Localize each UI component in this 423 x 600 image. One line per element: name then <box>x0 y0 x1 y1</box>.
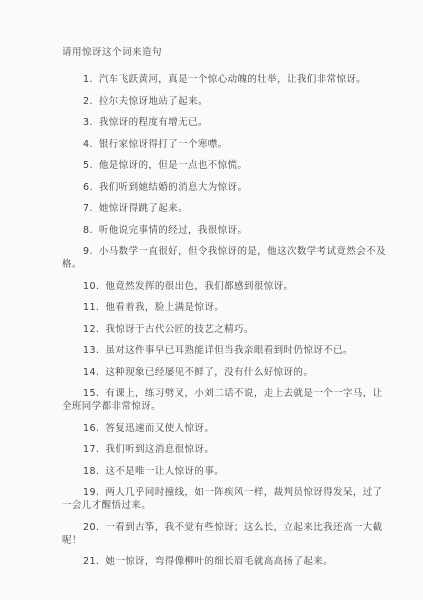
item-number: 11. <box>83 302 99 313</box>
sentence-item: 5.他是惊讶的，但是一点也不惊慌。 <box>62 159 390 172</box>
item-text: 拉尔夫惊讶地站了起来。 <box>99 96 208 107</box>
sentence-item: 20.一看到古筝，我不觉有些惊讶；这么长，立起来比我还高一大截呢！ <box>62 521 390 547</box>
item-number: 19. <box>83 487 99 498</box>
item-number: 3. <box>83 117 93 128</box>
item-text: 两人几乎同时撞线，如一阵疾风一样，裁判员惊讶得发呆，过了一会儿才醒悟过来。 <box>62 487 383 511</box>
sentence-item: 19.两人几乎同时撞线，如一阵疾风一样，裁判员惊讶得发呆，过了一会儿才醒悟过来。 <box>62 486 390 512</box>
item-text: 他竟然发挥的很出色，我们都感到很惊讶。 <box>105 281 293 292</box>
sentence-item: 15.有课上，练习劈叉，小刘二话不说，走上去就是一个一字马，让全班同学都非常惊讶… <box>62 387 390 413</box>
sentence-item: 11.他看着我，脸上满是惊讶。 <box>62 301 390 314</box>
document-page: 请用惊讶这个词来造句 1.汽车飞跃黄河，真是一个惊心动魄的壮举，让我们非常惊讶。… <box>0 0 423 600</box>
sentence-item: 1.汽车飞跃黄河，真是一个惊心动魄的壮举，让我们非常惊讶。 <box>62 73 390 86</box>
item-number: 21. <box>83 556 99 567</box>
item-number: 8. <box>83 225 93 236</box>
item-number: 16. <box>83 423 99 434</box>
item-number: 20. <box>83 522 99 533</box>
sentence-item: 4.银行家惊讶得打了一个寒噤。 <box>62 138 390 151</box>
item-text: 他是惊讶的，但是一点也不惊慌。 <box>99 160 248 171</box>
sentence-item: 2.拉尔夫惊讶地站了起来。 <box>62 95 390 108</box>
item-text: 我惊讶于古代公匠的技艺之精巧。 <box>105 324 254 335</box>
page-title: 请用惊讶这个词来造句 <box>62 46 390 59</box>
item-number: 13. <box>83 345 99 356</box>
sentence-item: 21.她一惊讶，弯得像柳叶的细长眉毛就高高扬了起来。 <box>62 555 390 568</box>
item-text: 我们听到这消息很惊讶。 <box>105 444 214 455</box>
item-text: 汽车飞跃黄河，真是一个惊心动魄的壮举，让我们非常惊讶。 <box>99 74 366 85</box>
item-text: 这不是唯一让人惊讶的事。 <box>105 466 224 477</box>
sentence-item: 6.我们听到她结婚的消息大为惊讶。 <box>62 181 390 194</box>
sentence-item: 7.她惊讶得跳了起来。 <box>62 202 390 215</box>
sentence-item: 16.答复迅速而又使人惊讶。 <box>62 422 390 435</box>
item-number: 5. <box>83 160 93 171</box>
sentence-item: 8.听他说完事情的经过，我很惊讶。 <box>62 224 390 237</box>
item-text: 答复迅速而又使人惊讶。 <box>105 423 214 434</box>
sentence-list: 1.汽车飞跃黄河，真是一个惊心动魄的壮举，让我们非常惊讶。2.拉尔夫惊讶地站了起… <box>62 73 390 568</box>
sentence-item: 9.小马数学一直很好，但令我惊讶的是，他这次数学考试竟然会不及格。 <box>62 245 390 271</box>
item-number: 2. <box>83 96 93 107</box>
item-text: 他看着我，脸上满是惊讶。 <box>105 302 224 313</box>
item-number: 4. <box>83 139 93 150</box>
item-number: 10. <box>83 281 99 292</box>
item-text: 我惊讶的程度有增无已。 <box>99 117 208 128</box>
item-text: 这种现象已经屡见不鲜了，没有什么好惊讶的。 <box>105 367 313 378</box>
sentence-item: 14.这种现象已经屡见不鲜了，没有什么好惊讶的。 <box>62 366 390 379</box>
sentence-item: 17.我们听到这消息很惊讶。 <box>62 443 390 456</box>
item-number: 18. <box>83 466 99 477</box>
item-number: 12. <box>83 324 99 335</box>
item-number: 1. <box>83 74 93 85</box>
item-text: 她一惊讶，弯得像柳叶的细长眉毛就高高扬了起来。 <box>105 556 333 567</box>
item-text: 银行家惊讶得打了一个寒噤。 <box>99 139 228 150</box>
item-number: 9. <box>83 246 93 257</box>
item-text: 有课上，练习劈叉，小刘二话不说，走上去就是一个一字马，让全班同学都非常惊讶。 <box>62 388 383 412</box>
item-text: 听他说完事情的经过，我很惊讶。 <box>99 225 248 236</box>
sentence-item: 10.他竟然发挥的很出色，我们都感到很惊讶。 <box>62 280 390 293</box>
item-number: 15. <box>83 388 99 399</box>
item-text: 小马数学一直很好，但令我惊讶的是，他这次数学考试竟然会不及格。 <box>62 246 386 270</box>
sentence-item: 13.虽对这件事早已耳熟能详但当我亲眼看到时仍惊讶不已。 <box>62 344 390 357</box>
item-number: 7. <box>83 203 93 214</box>
sentence-item: 3.我惊讶的程度有增无已。 <box>62 116 390 129</box>
sentence-item: 12.我惊讶于古代公匠的技艺之精巧。 <box>62 323 390 336</box>
item-text: 她惊讶得跳了起来。 <box>99 203 188 214</box>
item-number: 6. <box>83 182 93 193</box>
item-number: 17. <box>83 444 99 455</box>
sentence-item: 18.这不是唯一让人惊讶的事。 <box>62 465 390 478</box>
item-number: 14. <box>83 367 99 378</box>
item-text: 虽对这件事早已耳熟能详但当我亲眼看到时仍惊讶不已。 <box>105 345 353 356</box>
item-text: 一看到古筝，我不觉有些惊讶；这么长，立起来比我还高一大截呢！ <box>62 522 383 546</box>
item-text: 我们听到她结婚的消息大为惊讶。 <box>99 182 248 193</box>
